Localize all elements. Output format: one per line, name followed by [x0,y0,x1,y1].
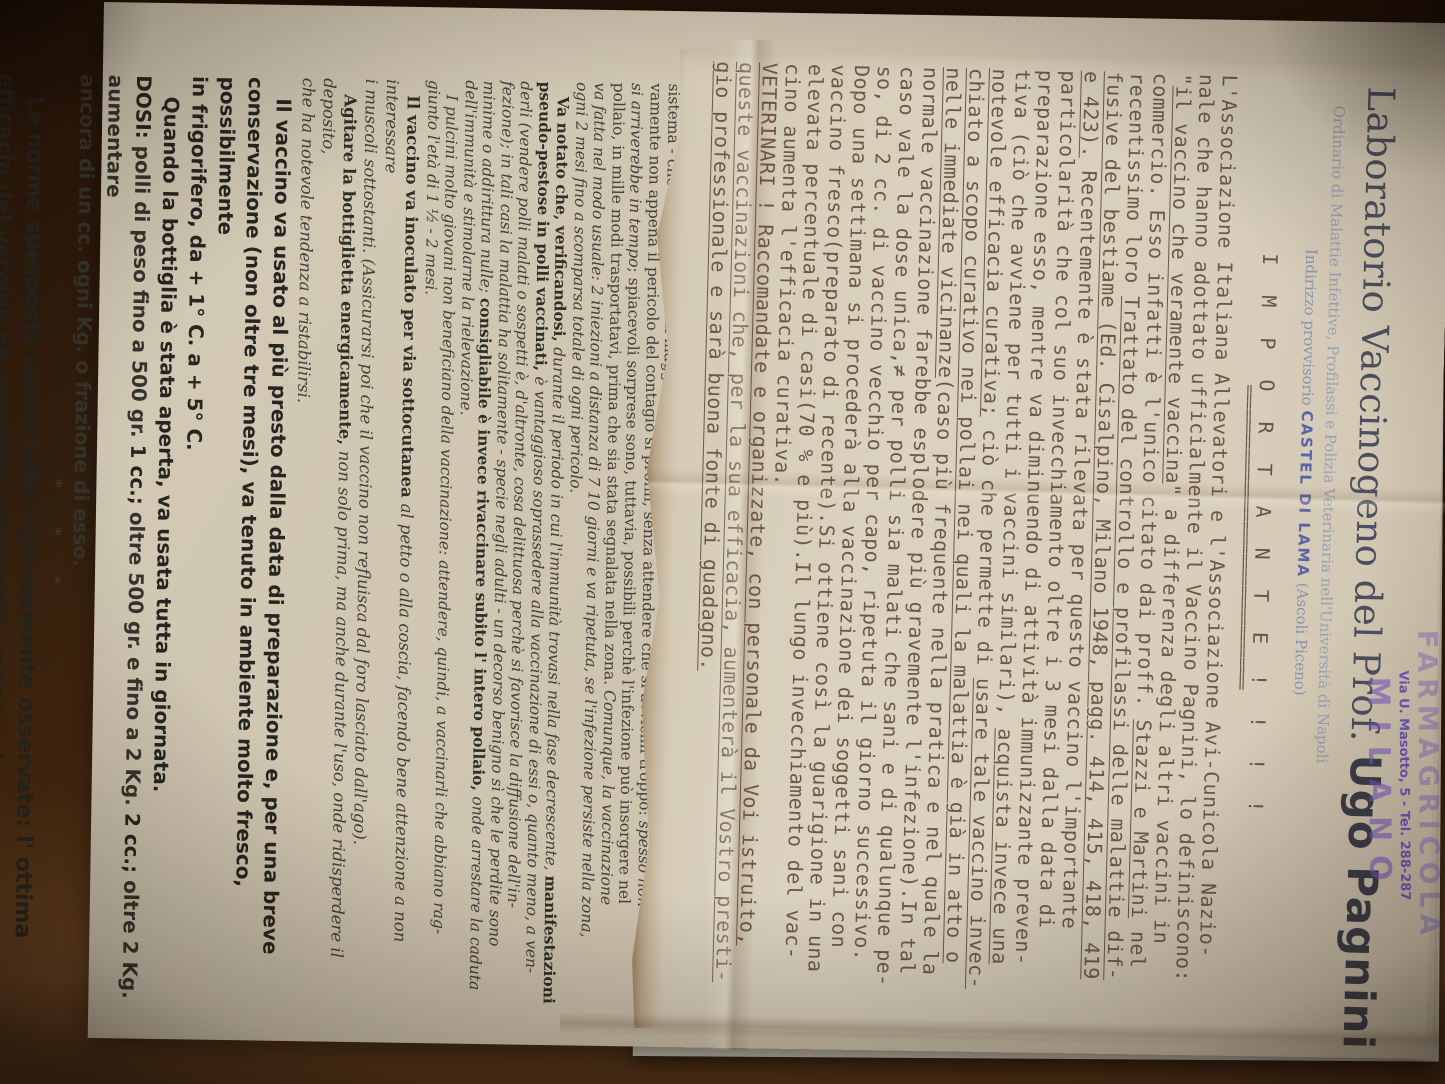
stamp-address: Via U. Masotto, 5 - Tel. 288-287 [1395,625,1413,945]
address-post: (Ascoli Piceno) [1291,578,1312,696]
document-photo: … di necessità: fatte cioè solo quando i… [0,0,1445,1084]
farmagricola-stamp: FARMAGRICOLA Via U. Masotto, 5 - Tel. 28… [1360,625,1445,946]
printed-instructions: … di necessità: fatte cioè solo quando i… [0,73,702,1009]
address-pre: Indirizzo provvisorio [1298,249,1320,411]
stamp-city: MILANO [1360,626,1398,946]
stamp-company: FARMAGRICOLA [1411,625,1445,945]
